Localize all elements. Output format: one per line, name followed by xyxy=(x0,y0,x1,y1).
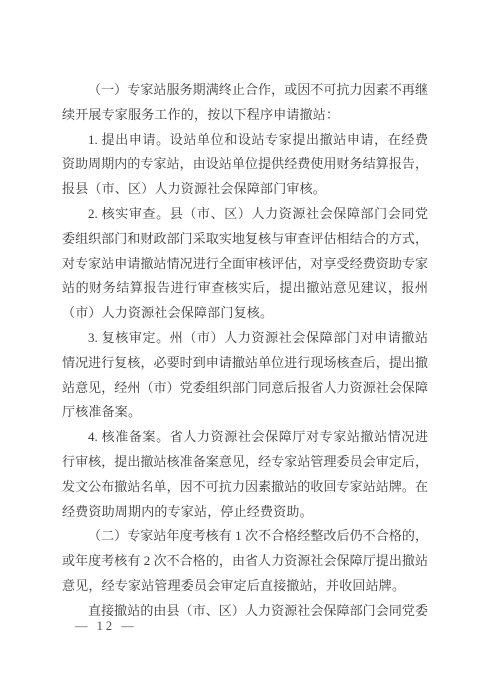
text-line: 2. 核实审查。县（市、区）人力资源社会保障部门会同党 xyxy=(62,202,428,227)
text-line: 或年度考核有 2 次不合格的，由省人力资源社会保障厅提出撤站 xyxy=(62,549,428,574)
text-line: 1. 提出申请。设站单位和设站专家提出撤站申请，在经费 xyxy=(62,128,428,153)
text-line: 报县（市、区）人力资源社会保障部门审核。 xyxy=(62,177,428,202)
document-body-text: （一）专家站服务期满终止合作，或因不可抗力因素不再继 续开展专家服务工作的，按以… xyxy=(62,78,428,624)
document-page: （一）专家站服务期满终止合作，或因不可抗力因素不再继 续开展专家服务工作的，按以… xyxy=(0,0,495,700)
text-line: （一）专家站服务期满终止合作，或因不可抗力因素不再继 xyxy=(62,78,428,103)
text-line: （二）专家站年度考核有 1 次不合格经整改后仍不合格的， xyxy=(62,524,428,549)
text-line: 行审核，提出撤站核准备案意见，经专家站管理委员会审定后， xyxy=(62,450,428,475)
text-line: 经费资助周期内的专家站，停止经费资助。 xyxy=(62,500,428,525)
text-line: 续开展专家服务工作的，按以下程序申请撤站： xyxy=(62,103,428,128)
text-line: 资助周期内的专家站，由设站单位提供经费使用财务结算报告， xyxy=(62,152,428,177)
text-line: 厅核准备案。 xyxy=(62,400,428,425)
text-line: （市）人力资源社会保障部门复核。 xyxy=(62,301,428,326)
text-line: 委组织部门和财政部门采取实地复核与审查评估相结合的方式， xyxy=(62,227,428,252)
text-line: 发文公布撤站名单，因不可抗力因素撤站的收回专家站站牌。在 xyxy=(62,475,428,500)
text-line: 情况进行复核，必要时到申请撤站单位进行现场核查后，提出撤 xyxy=(62,351,428,376)
text-line: 4. 核准备案。省人力资源社会保障厅对专家站撤站情况进 xyxy=(62,425,428,450)
text-line: 站的财务结算报告进行审查核实后，提出撤站意见建议，报州 xyxy=(62,276,428,301)
text-line: 站意见，经州（市）党委组织部门同意后报省人力资源社会保障 xyxy=(62,376,428,401)
text-line: 3. 复核审定。州（市）人力资源社会保障部门对申请撤站 xyxy=(62,326,428,351)
text-line: 对专家站申请撤站情况进行全面审核评估，对享受经费资助专家 xyxy=(62,252,428,277)
text-line: 意见，经专家站管理委员会审定后直接撤站，并收回站牌。 xyxy=(62,574,428,599)
page-number: — 12 — xyxy=(75,619,137,633)
